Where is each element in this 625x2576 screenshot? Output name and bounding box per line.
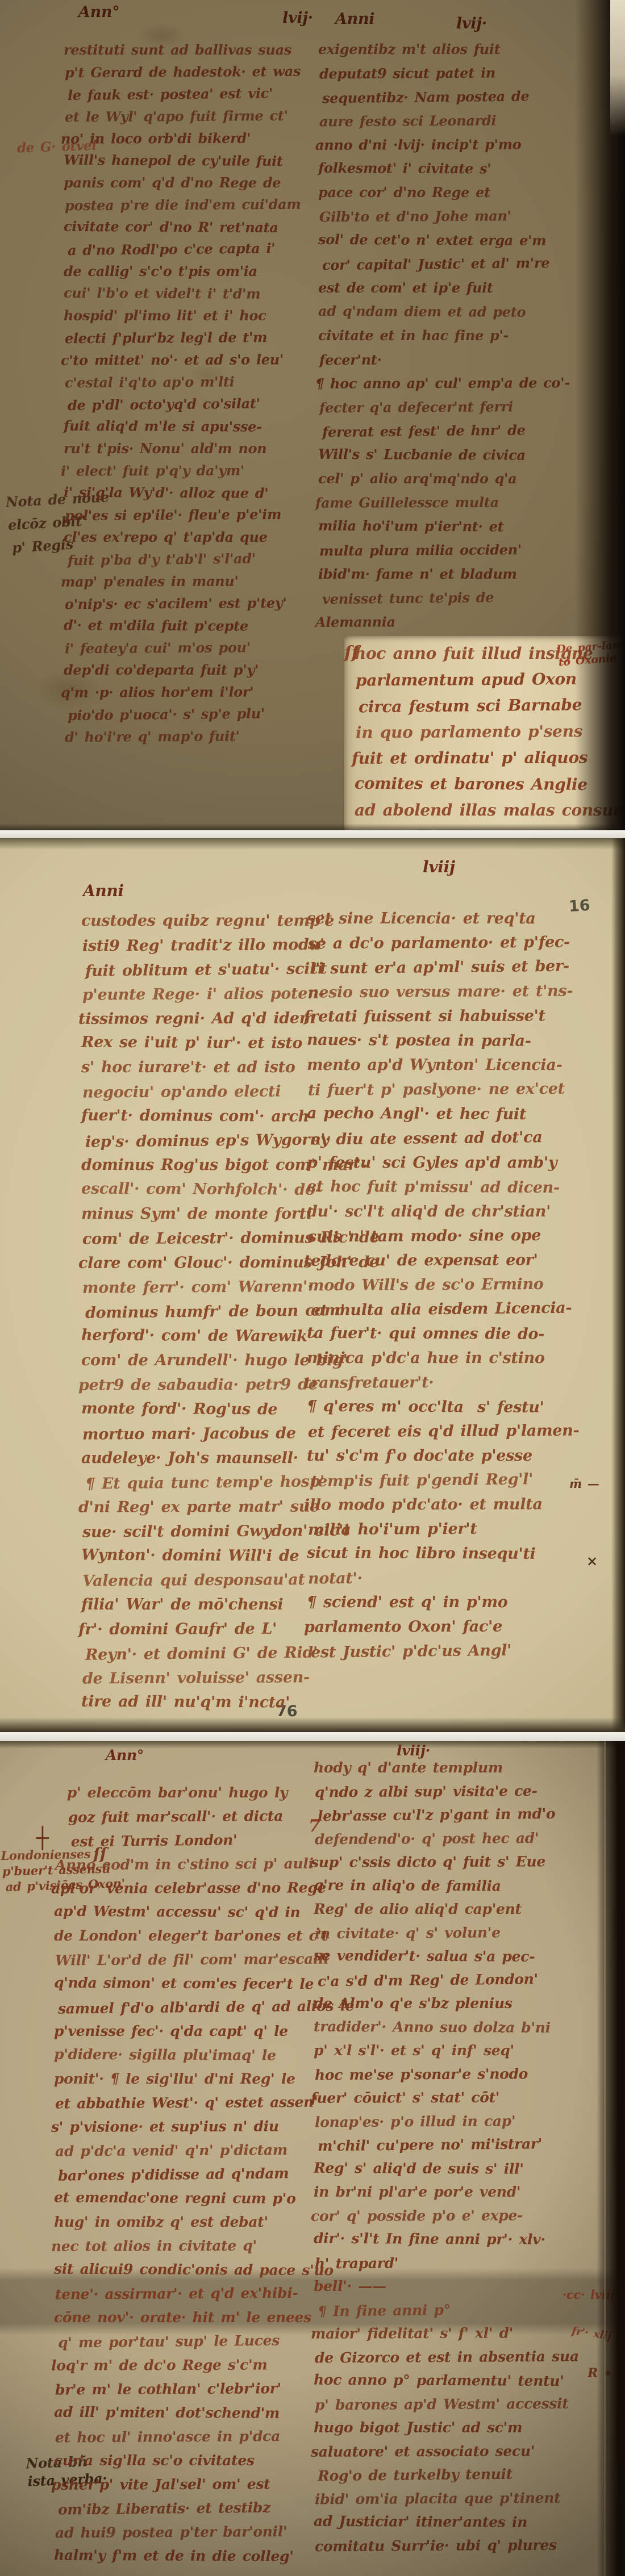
manuscript-photo-top: Ann° lvij· Anni lvij· de G· otvel' Nota … [0, 0, 625, 830]
running-header-anno: Ann° [78, 3, 120, 21]
next-page-edge [610, 0, 625, 136]
running-header-year: lviij [423, 858, 455, 876]
photo-bottom-edge [0, 1717, 625, 1732]
text-column-left: p' eleccōm bar'onu' hugo ly goz fuit mar… [54, 1781, 350, 2568]
photo-separator [0, 830, 625, 838]
manuscript-photo-bottom: Ann° lviij· ┼ ſſ Londoniensesp'buer't as… [0, 1741, 625, 2576]
book-gutter-shadow [597, 1741, 625, 2576]
photo-separator [0, 1732, 625, 1741]
manuscript-photo-middle: lviij Anni 16 76 custodes quibz regnu' t… [0, 838, 625, 1732]
photo-top-edge [0, 838, 625, 850]
margin-mark-x: × [586, 1553, 598, 1569]
photo-bottom-edge [0, 823, 625, 830]
text-column-right: set sine Licencia· et req'tase a dc'o pa… [307, 906, 578, 1663]
text-column-right: exigentibz m't alios fuitdeputat9 sicut … [318, 37, 573, 634]
running-header-year-right: lvij· [456, 15, 487, 32]
running-header-anni: Anni [335, 10, 374, 28]
photo-top-edge [0, 1741, 625, 1749]
running-header-year-left: lvij· [282, 9, 313, 27]
margin-mark-m: m̄ — [569, 1477, 599, 1491]
text-column-right: hody q' d'ante templumq'ndo z albi sup' … [314, 1756, 578, 2557]
text-column-left: restituti sunt ad ballivas suasp't Gerar… [64, 39, 299, 747]
page-edge-line [604, 1741, 606, 2576]
book-gutter-shadow [611, 838, 625, 1732]
running-header-anni: Anni [83, 881, 124, 900]
running-header-anno: Ann° [106, 1747, 144, 1763]
